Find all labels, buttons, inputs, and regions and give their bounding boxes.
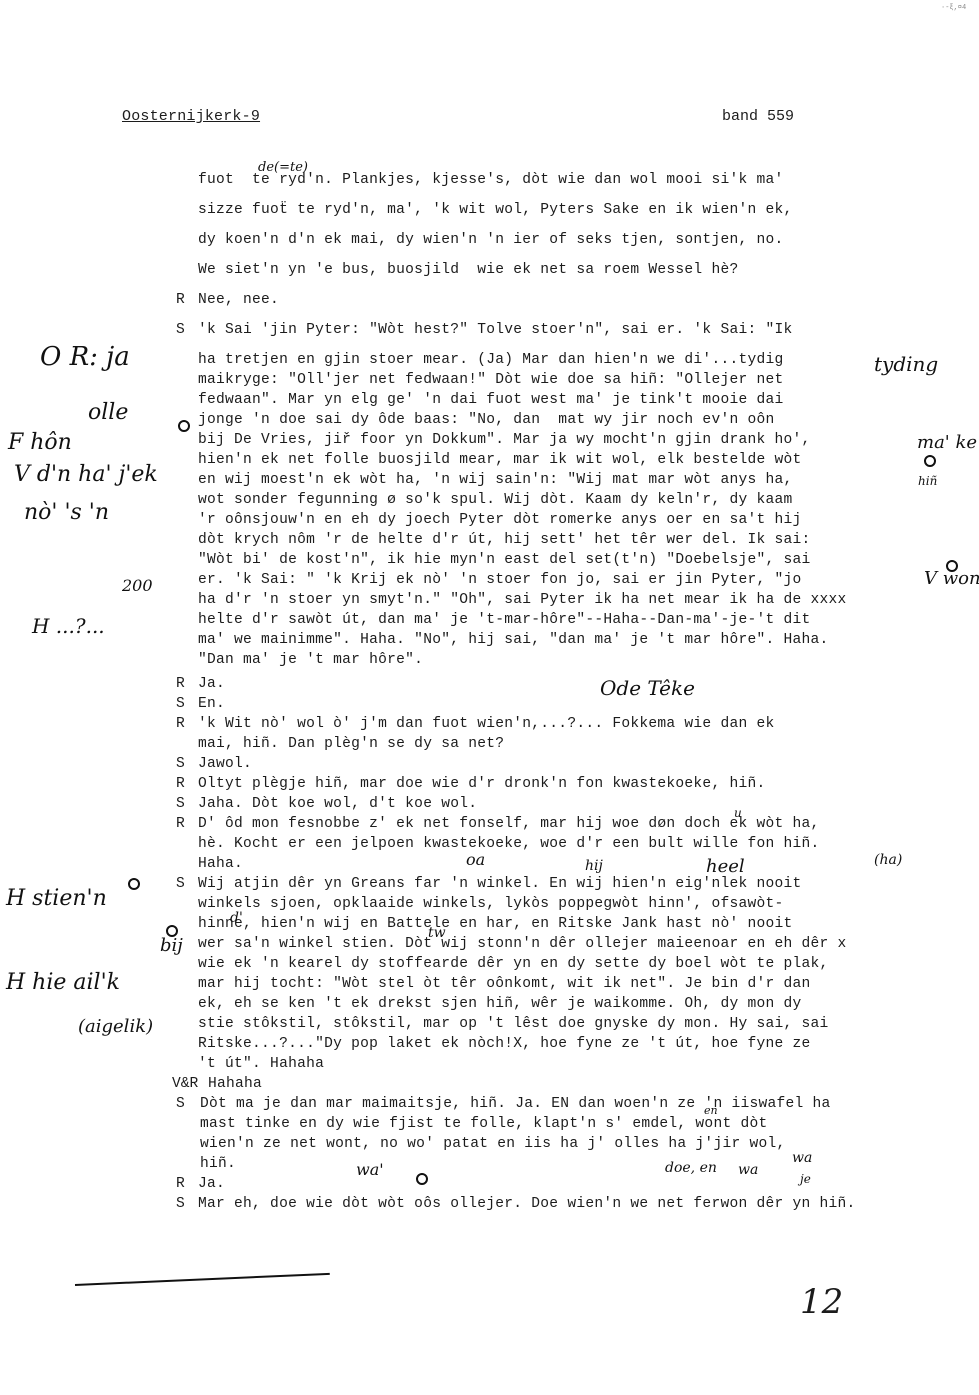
corner-mark: ·-ξ,¤4 bbox=[941, 4, 966, 12]
speaker-label: R bbox=[176, 290, 185, 310]
handwritten-note: doe, en bbox=[665, 1160, 717, 1176]
handwritten-note: bij bbox=[160, 935, 183, 956]
transcript-line: Haha. bbox=[198, 854, 243, 874]
transcript-line: hè. Kocht er een jelpoen kwastekoeke, wo… bbox=[198, 834, 820, 854]
transcript-line: 'k Wit nò' wol ò' j'm dan fuot wien'n,..… bbox=[198, 714, 775, 734]
transcript-line: hinne, hien'n wij en Battele en har, en … bbox=[198, 914, 793, 934]
handwritten-note: tw bbox=[428, 925, 446, 941]
handwritten-note: F hôn bbox=[8, 430, 72, 455]
speaker-label: S bbox=[176, 874, 185, 894]
pen-stroke-underline bbox=[75, 1273, 330, 1286]
transcript-line: hien'n ek net folle buosjild mear, mar i… bbox=[198, 450, 802, 470]
transcript-line: er. 'k Sai: " 'k Krij ek nò' 'n stoer fo… bbox=[198, 570, 802, 590]
transcript-line: mast tinke en dy wie fjist te folle, kla… bbox=[200, 1114, 767, 1134]
transcript-line: mai, hiñ. Dan plèg'n se dy sa net? bbox=[198, 734, 504, 754]
transcript-line: dòt krych nôm 'r de helte d'r út, hij se… bbox=[198, 530, 811, 550]
transcript-line: wie ek 'n kearel dy stoffearde dêr yn en… bbox=[198, 954, 829, 974]
handwritten-note: je bbox=[800, 1172, 811, 1186]
transcript-line: fedwaan". Mar yn elg ge' 'n dai fuot wes… bbox=[198, 390, 784, 410]
transcript-line: Hahaha bbox=[208, 1074, 262, 1094]
transcript-line: jonge 'n doe sai dy ôde baas: "No, dan m… bbox=[198, 410, 775, 430]
transcript-line: wien'n ze net wont, no wo' patat en iis … bbox=[200, 1134, 786, 1154]
transcript-line: ma' we mainimme". Haha. "No", hij sai, "… bbox=[198, 630, 829, 650]
handwritten-note: O R: ja bbox=[40, 342, 130, 372]
page-number: 12 bbox=[800, 1282, 843, 1322]
handwritten-note: nò' 's 'n bbox=[24, 500, 109, 525]
transcript-line: bij De Vries, jiř foor yn Dokkum". Mar j… bbox=[198, 430, 811, 450]
handwritten-note: V d'n ha' j'ek bbox=[14, 462, 158, 487]
transcript-line: "Dan ma' je 't mar hôre". bbox=[198, 650, 423, 670]
handwritten-note: ma' ke bbox=[917, 432, 977, 453]
handwritten-note: u bbox=[734, 806, 742, 820]
transcript-line: Jawol. bbox=[198, 754, 252, 774]
handwritten-note: (aigelik) bbox=[78, 1016, 153, 1037]
transcript-line: Mar eh, doe wie dòt wòt oôs ollejer. Doe… bbox=[198, 1194, 856, 1214]
handwritten-note: wa' bbox=[356, 1160, 384, 1179]
handwritten-note: H hie ail'k bbox=[6, 970, 120, 995]
transcript-line: ha d'r 'n stoer yn smyt'n." "Oh", sai Py… bbox=[198, 590, 847, 610]
handwritten-note: H ...?... bbox=[32, 614, 105, 638]
handwritten-note: H stien'n bbox=[6, 886, 107, 911]
handwritten-note: heel bbox=[706, 856, 745, 877]
transcript-line: Dòt ma je dan mar maimaitsje, hiñ. Ja. E… bbox=[200, 1094, 831, 1114]
speaker-label: S bbox=[176, 320, 185, 340]
transcript-line: Jaha. Dòt koe wol, d't koe wol. bbox=[198, 794, 477, 814]
circle-mark bbox=[166, 925, 178, 937]
speaker-label: R bbox=[176, 1174, 185, 1194]
handwritten-note: tyding bbox=[874, 352, 938, 376]
speaker-label: R bbox=[176, 814, 185, 834]
speaker-label: S bbox=[176, 694, 185, 714]
handwritten-note: wa bbox=[792, 1150, 812, 1166]
transcript-line: en wij moest'n ek wòt ha, 'n wij sain'n:… bbox=[198, 470, 793, 490]
transcript-line: En. bbox=[198, 694, 225, 714]
speaker-label: S bbox=[176, 1094, 185, 1114]
handwritten-note: de(=te) bbox=[258, 160, 308, 175]
handwritten-note: en bbox=[704, 1104, 718, 1117]
transcript-line: dy koen'n d'n ek mai, dy wien'n 'n ier o… bbox=[198, 230, 784, 250]
handwritten-note: oa bbox=[466, 850, 485, 869]
transcript-line: mar hij tocht: "Wòt stel òt têr oônkomt,… bbox=[198, 974, 811, 994]
transcript-line: winkels sjoen, opklaaide winkels, lykòs … bbox=[198, 894, 784, 914]
transcript-line: 't út". Hahaha bbox=[198, 1054, 324, 1074]
transcript-line: sizze fuoẗ te ryd'n, ma', 'k wit wol, Py… bbox=[198, 200, 793, 220]
transcript-line: Nee, nee. bbox=[198, 290, 279, 310]
handwritten-note: Ode Têke bbox=[600, 676, 695, 700]
transcript-line: wer sa'n winkel stien. Dòt wij stonn'n d… bbox=[198, 934, 847, 954]
handwritten-note: wa bbox=[738, 1162, 758, 1178]
speaker-label: S bbox=[176, 1194, 185, 1214]
handwritten-note: d' bbox=[230, 910, 243, 926]
document-page: ·-ξ,¤4 Oosternijkerk-9 band 559 fuot te … bbox=[0, 0, 979, 1395]
transcript-line: helte d'r sawòt út, dan ma' je 't-mar-hô… bbox=[198, 610, 811, 630]
transcript-line: maikryge: "Oll'jer net fedwaan!" Dòt wie… bbox=[198, 370, 784, 390]
circle-mark bbox=[946, 560, 958, 572]
handwritten-note: 200 bbox=[122, 576, 153, 595]
handwritten-note: hij bbox=[585, 858, 603, 874]
transcript-line: Wij atjin dêr yn Greans far 'n winkel. E… bbox=[198, 874, 802, 894]
handwritten-note: hiñ bbox=[918, 474, 937, 488]
transcript-line: 'k Sai 'jin Pyter: "Wòt hest?" Tolve sto… bbox=[198, 320, 793, 340]
transcript-line: 'r oônsjouw'n en eh dy joech Pyter dòt r… bbox=[198, 510, 802, 530]
speaker-label: R bbox=[176, 714, 185, 734]
transcript-line: hiñ. bbox=[200, 1154, 236, 1174]
speaker-label: S bbox=[176, 794, 185, 814]
transcript-line: Oltyt plègje hiñ, mar doe wie d'r dronk'… bbox=[198, 774, 765, 794]
transcript-line: Ja. bbox=[198, 1174, 225, 1194]
transcript-line: D' ôd mon fesnobbe z' ek net fonself, ma… bbox=[198, 814, 820, 834]
circle-mark bbox=[924, 455, 936, 467]
transcript-line: Ja. bbox=[198, 674, 225, 694]
circle-mark bbox=[178, 420, 190, 432]
transcript-line: "Wòt bi' de kost'n", ik hie myn'n east d… bbox=[198, 550, 811, 570]
speaker-label: V&R bbox=[172, 1074, 198, 1094]
circle-mark bbox=[416, 1173, 428, 1185]
tape-number: band 559 bbox=[722, 108, 794, 125]
circle-mark bbox=[128, 878, 140, 890]
transcript-line: ek, eh se ken 't ek drekst sjen hiñ, wêr… bbox=[198, 994, 802, 1014]
transcript-line: Ritske...?..."Dy pop laket ek nòch!X, ho… bbox=[198, 1034, 811, 1054]
speaker-label: S bbox=[176, 754, 185, 774]
transcript-line: wot sonder fegunning ø so'k spul. Wij dò… bbox=[198, 490, 793, 510]
document-title: Oosternijkerk-9 bbox=[122, 108, 260, 125]
transcript-line: stie stôkstil, stôkstil, mar op 't lêst … bbox=[198, 1014, 829, 1034]
transcript-line: We siet'n yn 'e bus, buosjild wie ek net… bbox=[198, 260, 738, 280]
handwritten-note: (ha) bbox=[874, 852, 902, 868]
speaker-label: R bbox=[176, 774, 185, 794]
handwritten-note: olle bbox=[88, 400, 128, 425]
transcript-line: ha tretjen en gjin stoer mear. (Ja) Mar … bbox=[198, 350, 784, 370]
speaker-label: R bbox=[176, 674, 185, 694]
